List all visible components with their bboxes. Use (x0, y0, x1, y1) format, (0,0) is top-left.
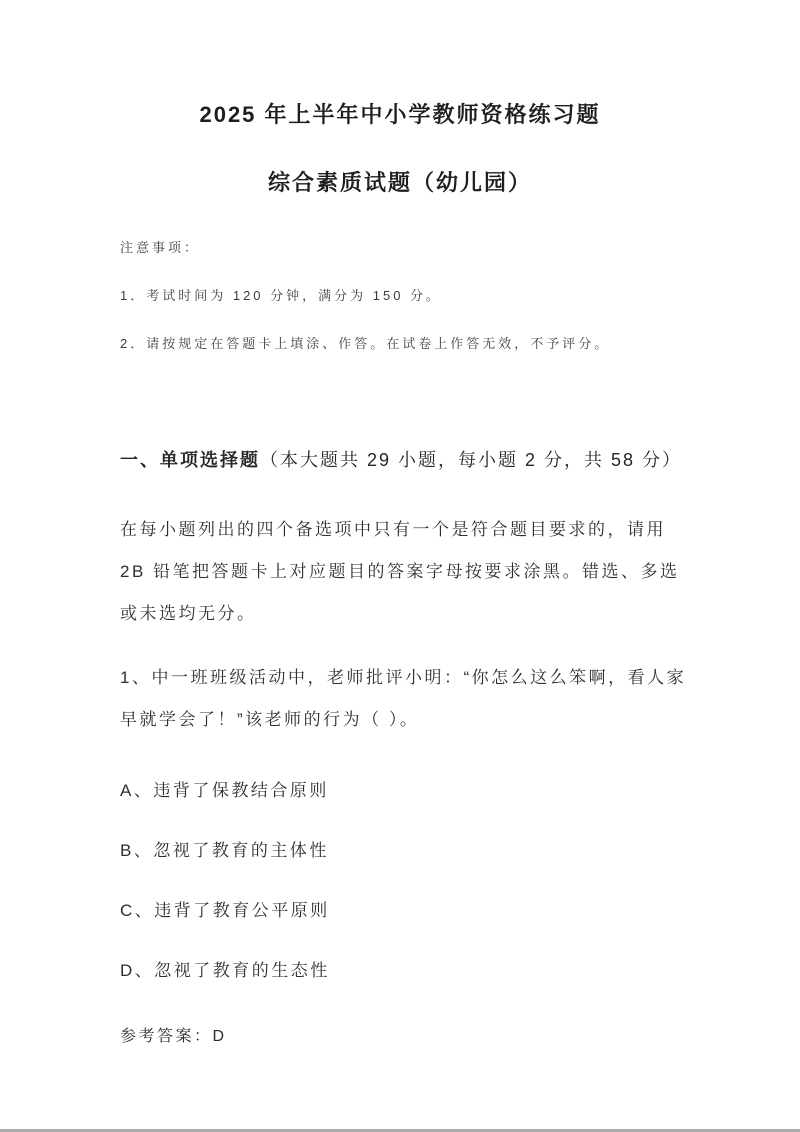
answer-value: D (213, 1028, 227, 1045)
option-text-a: 违背了保教结合原则 (153, 781, 329, 800)
notice-heading: 注意事项： (120, 237, 692, 256)
notice-item-1: 1．考试时间为 120 分钟，满分为 150 分。 (120, 285, 692, 304)
answer-line: 参考答案：D (120, 1023, 692, 1046)
option-text-c: 违背了教育公平原则 (154, 901, 330, 920)
section-heading: 一、单项选择题（本大题共 29 小题，每小题 2 分，共 58 分） (120, 446, 692, 472)
section-number: 一、 (120, 450, 160, 470)
notice-block: 注意事项： 1．考试时间为 120 分钟，满分为 150 分。 2．请按规定在答… (120, 237, 692, 352)
option-label-d: D、 (120, 961, 154, 980)
option-row-d: D、忽视了教育的生态性 (120, 961, 692, 981)
section-name: 单项选择题 (160, 450, 260, 470)
option-row-c: C、违背了教育公平原则 (120, 901, 692, 921)
document-subtitle: 综合素质试题（幼儿园） (0, 166, 800, 197)
section-meta: （本大题共 29 小题，每小题 2 分，共 58 分） (260, 450, 682, 470)
notice-item-2: 2．请按规定在答题卡上填涂、作答。在试卷上作答无效，不予评分。 (120, 333, 692, 352)
document-header: 2025 年上半年中小学教师资格练习题 综合素质试题（幼儿园） (0, 0, 800, 197)
question-stem: 1、中一班班级活动中，老师批评小明：“你怎么这么笨啊，看人家早就学会了！”该老师… (120, 657, 692, 741)
option-row-b: B、忽视了教育的主体性 (120, 841, 692, 861)
option-text-b: 忽视了教育的主体性 (153, 841, 329, 860)
option-row-a: A、违背了保教结合原则 (120, 781, 692, 801)
exam-paper-page: 2025 年上半年中小学教师资格练习题 综合素质试题（幼儿园） 注意事项： 1．… (0, 0, 800, 1132)
option-label-a: A、 (120, 781, 153, 800)
option-label-b: B、 (120, 841, 153, 860)
document-body: 注意事项： 1．考试时间为 120 分钟，满分为 150 分。 2．请按规定在答… (120, 237, 692, 1046)
option-text-d: 忽视了教育的生态性 (154, 961, 330, 980)
answer-label: 参考答案： (120, 1028, 213, 1045)
document-title: 2025 年上半年中小学教师资格练习题 (0, 98, 800, 129)
option-label-c: C、 (120, 901, 154, 920)
section-instructions: 在每小题列出的四个备选项中只有一个是符合题目要求的，请用 2B 铅笔把答题卡上对… (120, 509, 692, 635)
